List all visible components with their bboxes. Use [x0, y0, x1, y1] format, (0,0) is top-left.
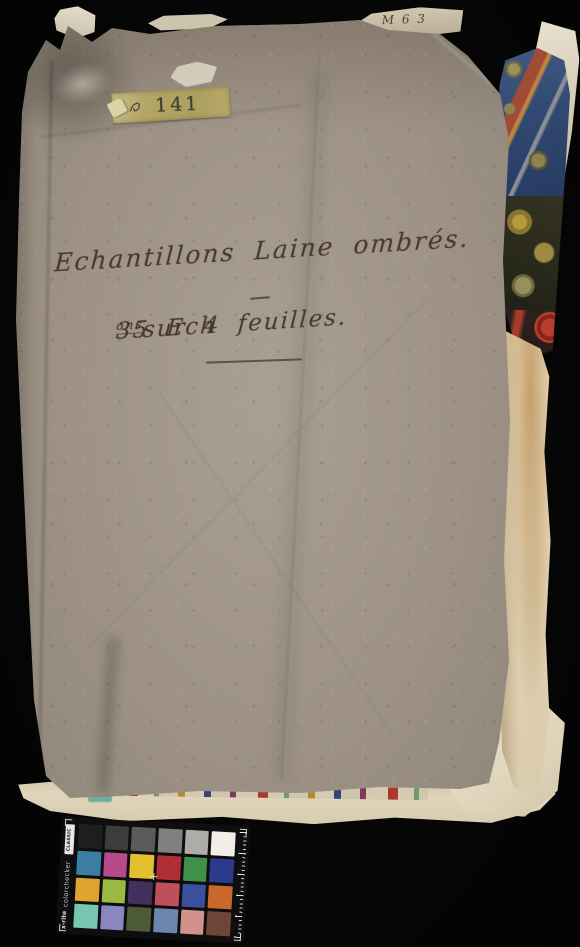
colorchecker-patch	[156, 855, 181, 880]
fabric-blue-patterned	[498, 48, 570, 200]
fold-shadow	[263, 70, 326, 780]
colorchecker-patch	[208, 885, 233, 910]
archival-photograph: M 6 3 141 Echantillons Laine ombrés. 35 …	[0, 0, 580, 947]
colorchecker-patch	[103, 852, 128, 877]
colorchecker-patch	[126, 907, 151, 932]
count-inscription: 35 Echons sur 4 feuilles.	[115, 317, 144, 345]
xrite-logo: x-rite	[60, 909, 68, 929]
colorchecker-patch	[211, 831, 236, 856]
colorchecker-patch	[101, 879, 126, 904]
colorchecker-patch	[158, 828, 183, 853]
inscription-dash	[250, 296, 270, 300]
count-superscript: ons	[116, 317, 144, 335]
fabric-olive-motif	[498, 196, 570, 314]
colorchecker-patch	[206, 911, 231, 936]
registration-cross-icon: +	[149, 870, 159, 883]
count-suffix: sur 4 feuilles.	[142, 304, 348, 343]
archival-label: 141	[111, 86, 231, 123]
title-inscription: Echantillons Laine ombrés.	[53, 224, 470, 278]
colorchecker-patch	[155, 882, 180, 907]
colorchecker-patch	[76, 850, 101, 875]
colorchecker-classic-badge: CLASSIC	[64, 824, 75, 854]
colorchecker-patch	[73, 904, 98, 929]
ruler-scale	[233, 832, 247, 938]
fold-shadow	[97, 636, 120, 792]
fold-crease	[87, 299, 429, 651]
label-number: 141	[155, 93, 201, 117]
fold-crease	[38, 60, 53, 760]
colorchecker-patch	[153, 908, 178, 933]
fold-crease	[429, 30, 508, 97]
colorchecker-patch	[209, 858, 234, 883]
colorchecker-patch	[181, 883, 206, 908]
colorchecker-patch	[183, 856, 208, 881]
colorchecker-patch	[184, 830, 209, 855]
colorchecker-patch	[128, 880, 153, 905]
colorchecker-patch	[75, 877, 100, 902]
pencil-annotation: M 6 3	[382, 12, 428, 28]
label-flourish-icon	[128, 98, 149, 115]
colorchecker-patch	[131, 827, 156, 852]
colorchecker-patch	[100, 905, 125, 930]
fabric-sample-edge	[498, 48, 570, 360]
colorchecker-patch	[78, 824, 103, 849]
colorchecker-patch	[104, 825, 129, 850]
colorchecker-patch	[180, 910, 205, 935]
colorchecker-brand: colorchecker	[61, 857, 72, 907]
colorchecker-chart: CLASSIC colorchecker x-rite +	[57, 817, 249, 943]
torn-paper-patch	[169, 59, 220, 89]
